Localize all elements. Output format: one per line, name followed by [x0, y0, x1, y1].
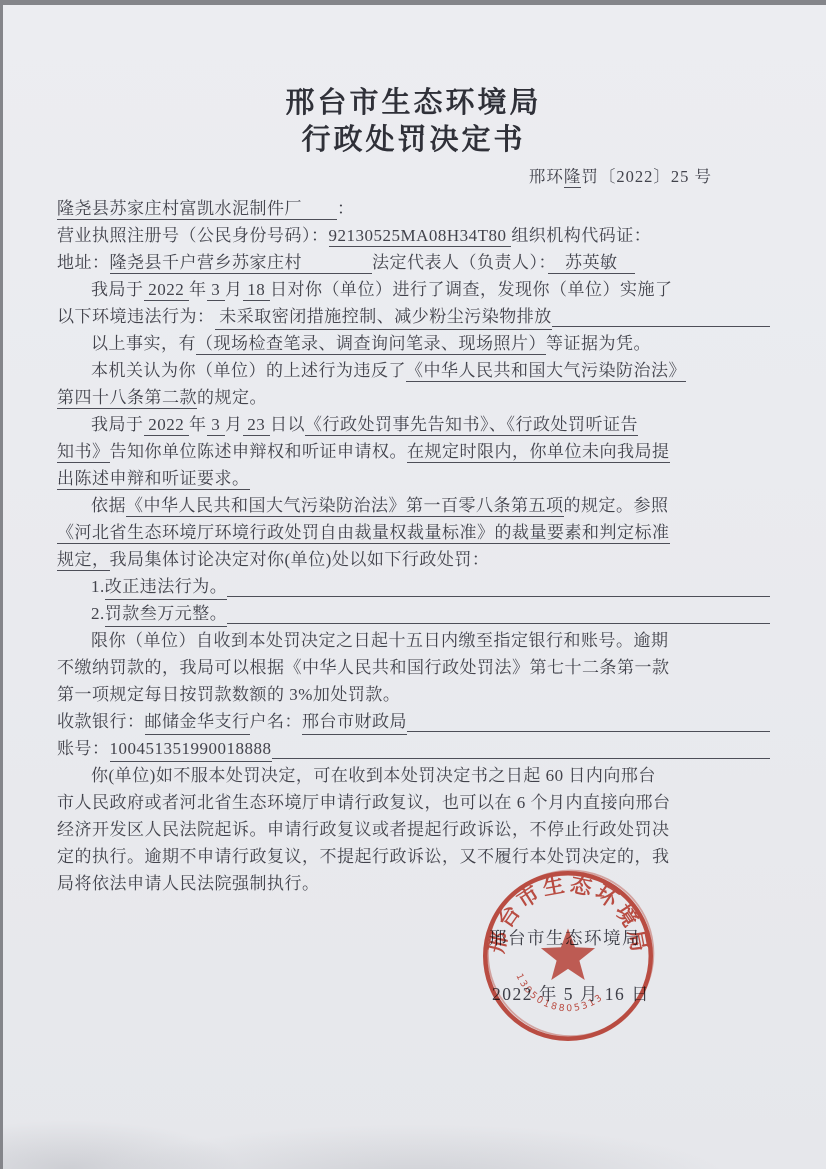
text-segment: 我局于	[91, 280, 144, 299]
text-segment: 日对你（单位）进行了调查，发现你（单位）实施了	[270, 280, 673, 299]
text-segment: 3	[207, 280, 226, 301]
document-line: 第四十八条第二款的规定。	[57, 384, 770, 411]
document-line: 2.罚款叁万元整。	[57, 600, 770, 627]
text-segment: 年	[189, 280, 207, 299]
text-segment: 2.	[91, 600, 105, 627]
text-segment: 邮储金华支行	[145, 708, 250, 735]
document-line: 以下环境违法行为： 未采取密闭措施控制、减少粉尘污染物排放	[57, 303, 770, 330]
text-segment: 日以	[270, 415, 305, 434]
paper: 邢台市生态环境局 行政处罚决定书 邢环隆罚〔2022〕25 号 隆尧县苏家庄村富…	[3, 5, 826, 1169]
text-segment: 1.	[91, 573, 105, 600]
document-line: 收款银行：邮储金华支行户名：邢台市财政局	[57, 708, 770, 735]
document-subtitle: 行政处罚决定书	[57, 122, 770, 159]
document-line: 1.改正违法行为。	[57, 573, 770, 600]
doc-number: 邢环隆罚〔2022〕25 号	[57, 163, 712, 187]
text-segment: 罚〔2022〕25 号	[581, 167, 712, 186]
text-segment: 你(单位)如不服本处罚决定，可在收到本处罚决定书之日起 60 日内向邢台	[91, 766, 656, 785]
text-segment: 我局于	[91, 415, 144, 434]
document-body: 隆尧县苏家庄村富凯水泥制件厂 ：营业执照注册号（公民身份号码）：92130525…	[57, 195, 770, 897]
text-segment: 《中华人民共和国大气污染防治法》	[406, 361, 686, 382]
underline-filler	[227, 573, 770, 597]
text-segment: 邢环	[529, 167, 564, 186]
document-line: 本机关认为你（单位）的上述行为违反了《中华人民共和国大气污染防治法》	[57, 357, 770, 384]
text-segment: 2022	[144, 280, 190, 301]
text-segment: 的规定。	[197, 388, 267, 407]
text-segment: 18	[243, 280, 271, 301]
text-segment: 未采取密闭措施控制、减少粉尘污染物排放	[215, 303, 552, 330]
text-segment: 隆尧县苏家庄村富凯水泥制件厂	[57, 199, 337, 220]
text-segment: 《中华人民共和国大气污染防治法》第一百零八条第五项	[126, 496, 564, 517]
text-segment: 出陈述申辩和听证要求。	[57, 469, 250, 490]
text-segment: 不缴纳罚款的，我局可以根据《中华人民共和国行政处罚法》第七十二条第一款	[57, 658, 670, 677]
text-segment: 营业执照注册号（公民身份号码）：	[57, 226, 329, 245]
text-segment: 3	[207, 415, 226, 436]
document-line: 隆尧县苏家庄村富凯水泥制件厂 ：	[57, 195, 770, 222]
text-segment: 定的执行。逾期不申请行政复议，不提起行政诉讼，又不履行本处罚决定的，我	[57, 847, 670, 866]
document-line: 定的执行。逾期不申请行政复议，不提起行政诉讼，又不履行本处罚决定的，我	[57, 843, 770, 870]
text-segment: 收款银行：	[57, 708, 145, 735]
document-line: 依据《中华人民共和国大气污染防治法》第一百零八条第五项的规定。参照	[57, 492, 770, 519]
document-line: 经济开发区人民法院起诉。申请行政复议或者提起行政诉讼，不停止行政处罚决	[57, 816, 770, 843]
document-line: 局将依法申请人民法院强制执行。	[57, 870, 770, 897]
document-line: 限你（单位）自收到本处罚决定之日起十五日内缴至指定银行和账号。逾期	[57, 627, 770, 654]
text-segment: 组织机构代码证：	[511, 226, 651, 245]
text-segment: 限你（单位）自收到本处罚决定之日起十五日内缴至指定银行和账号。逾期	[91, 631, 669, 650]
text-segment: 本机关认为你（单位）的上述行为违反了	[91, 361, 406, 380]
text-segment: 户名：	[250, 708, 303, 735]
text-segment: 第四十八条第二款	[57, 388, 197, 409]
text-segment: 隆	[564, 167, 582, 188]
text-segment: 罚款叁万元整。	[105, 600, 228, 627]
text-segment: 等证据为凭。	[546, 334, 651, 353]
text-segment: 局将依法申请人民法院强制执行。	[57, 874, 320, 893]
document-line: 《河北省生态环境厅环境行政处罚自由裁量权裁量标准》的裁量要素和判定标准	[57, 519, 770, 546]
document-line: 地址：隆尧县千户营乡苏家庄村 法定代表人（负责人）： 苏英敏	[57, 249, 770, 276]
text-segment: 92130525MA08H34T80	[329, 226, 512, 247]
seal-star-icon	[541, 928, 595, 980]
document-line: 营业执照注册号（公民身份号码）：92130525MA08H34T80 组织机构代…	[57, 222, 770, 249]
text-segment: 依据	[91, 496, 126, 515]
text-segment: 第一项规定每日按罚款数额的 3%加处罚款。	[57, 685, 400, 704]
text-segment: （现场检查笔录、调查询问笔录、现场照片）	[196, 334, 546, 355]
text-segment: 市人民政府或者河北省生态环境厅申请行政复议，也可以在 6 个月内直接向邢台	[57, 793, 671, 812]
text-segment: 邢台市财政局	[302, 708, 407, 735]
document-line: 知书》告知你单位陈述申辩权和听证申请权。在规定时限内，你单位未向我局提	[57, 438, 770, 465]
svg-text:1305018805313: 1305018805313	[513, 972, 606, 1014]
document-line: 你(单位)如不服本处罚决定，可在收到本处罚决定书之日起 60 日内向邢台	[57, 762, 770, 789]
text-segment: 100451351990018888	[110, 735, 272, 762]
underline-filler	[552, 303, 770, 327]
text-segment: 告知你单位陈述申辩权和听证申请权。	[110, 442, 408, 461]
text-segment: 法定代表人（负责人）：	[372, 253, 548, 272]
document-line: 规定，我局集体讨论决定对你(单位)处以如下行政处罚：	[57, 546, 770, 573]
text-segment: 隆尧县千户营乡苏家庄村	[110, 253, 373, 274]
text-segment: 在规定时限内，你单位未向我局提	[407, 442, 670, 463]
underline-filler	[272, 735, 771, 759]
underline-filler	[407, 708, 770, 732]
text-segment: 苏英敏	[548, 253, 636, 274]
text-segment: 年	[189, 415, 207, 434]
text-segment: 改正违法行为。	[105, 573, 228, 600]
document-line: 以上事实，有（现场检查笔录、调查询问笔录、现场照片）等证据为凭。	[57, 330, 770, 357]
document-line: 第一项规定每日按罚款数额的 3%加处罚款。	[57, 681, 770, 708]
text-segment: 《行政处罚事先告知书》、《行政处罚听证告	[305, 415, 638, 436]
text-segment: 月	[225, 415, 243, 434]
text-segment: 的规定。参照	[564, 496, 669, 515]
document-line: 市人民政府或者河北省生态环境厅申请行政复议，也可以在 6 个月内直接向邢台	[57, 789, 770, 816]
text-segment: 23	[243, 415, 271, 436]
official-seal: 邢台市生态环境局 1305018805313	[479, 867, 657, 1045]
text-segment: 账号：	[57, 735, 110, 762]
underline-filler	[227, 600, 770, 624]
text-segment: 2022	[144, 415, 190, 436]
text-segment: 我局集体讨论决定对你(单位)处以如下行政处罚：	[110, 550, 490, 569]
document-line: 我局于 2022 年 3 月 23 日以《行政处罚事先告知书》、《行政处罚听证告	[57, 411, 770, 438]
seal-code: 1305018805313	[513, 972, 606, 1014]
text-segment: 经济开发区人民法院起诉。申请行政复议或者提起行政诉讼，不停止行政处罚决	[57, 820, 670, 839]
text-segment: 以上事实，有	[91, 334, 196, 353]
scanned-document-page: { "header": { "title_line1": "邢台市生态环境局",…	[0, 0, 826, 1169]
document-line: 不缴纳罚款的，我局可以根据《中华人民共和国行政处罚法》第七十二条第一款	[57, 654, 770, 681]
text-segment: 地址：	[57, 253, 110, 272]
document-title: 邢台市生态环境局	[57, 85, 770, 122]
document-content: 邢台市生态环境局 行政处罚决定书 邢环隆罚〔2022〕25 号 隆尧县苏家庄村富…	[3, 5, 826, 897]
text-segment: 以下环境违法行为：	[57, 303, 215, 330]
text-segment: ：	[337, 199, 355, 218]
text-segment: 规定，	[57, 550, 110, 571]
document-line: 账号：100451351990018888	[57, 735, 770, 762]
document-line: 我局于 2022 年 3 月 18 日对你（单位）进行了调查，发现你（单位）实施…	[57, 276, 770, 303]
text-segment: 《河北省生态环境厅环境行政处罚自由裁量权裁量标准》的裁量要素和判定标准	[57, 523, 670, 544]
document-line: 出陈述申辩和听证要求。	[57, 465, 770, 492]
text-segment: 知书》	[57, 442, 110, 463]
text-segment: 月	[225, 280, 243, 299]
